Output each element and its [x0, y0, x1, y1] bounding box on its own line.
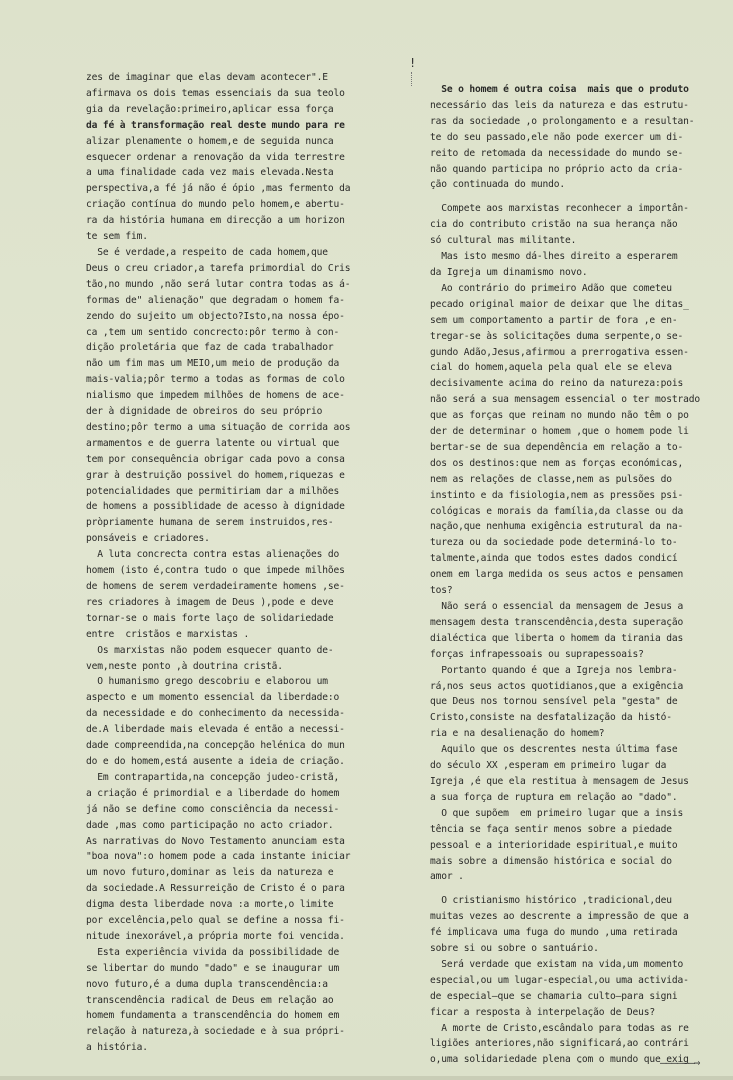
text-line: ção continuada do mundo.	[430, 177, 728, 193]
text-line: tem por consequência obrigar cada povo a…	[86, 452, 396, 468]
page-bottom-edge	[0, 1076, 733, 1080]
text-line: ra da história humana em direcção a um h…	[86, 213, 396, 229]
text-line: ca ,tem um sentido concrecto:pôr termo à…	[86, 325, 396, 341]
text-line: dade ,mas como participação no acto cria…	[86, 818, 396, 834]
text-line: não será a sua mensagem essencial o ter …	[430, 392, 728, 408]
text-line: por excelência,pelo qual se define a nos…	[86, 913, 396, 929]
text-line: potencialidades que permitiriam dar a mi…	[86, 484, 396, 500]
text-line: a sua força de ruptura em relação ao "da…	[430, 790, 728, 806]
text-line: tos?	[430, 583, 728, 599]
text-line: relação à natureza,à sociedade e à sua p…	[86, 1024, 396, 1040]
text-line: O que supõem em primeiro lugar que a ins…	[430, 806, 728, 822]
text-line: rá,nos seus actos quotidianos,que a exig…	[430, 679, 728, 695]
text-line: Aquilo que os descrentes nesta última fa…	[430, 742, 728, 758]
text-line: aspecto e um momento essencial da liberd…	[86, 690, 396, 706]
text-line: que Deus nos tornou sensível pela "gesta…	[430, 694, 728, 710]
continuation-arrow-icon: ——————⇒	[660, 1056, 699, 1069]
text-line: Em contrapartida,na concepção judeo-cris…	[86, 770, 396, 786]
text-line: zes de imaginar que elas devam acontecer…	[86, 70, 396, 86]
text-line: ria e na desalienação do homem?	[430, 726, 728, 742]
text-line: A luta concrecta contra estas alienações…	[86, 547, 396, 563]
text-line: tão,no mundo ,não será lutar contra toda…	[86, 277, 396, 293]
text-line: especial,ou um lugar-especial,ou uma act…	[430, 973, 728, 989]
text-line: a uma finalidade cada vez mais elevada.N…	[86, 165, 396, 181]
text-line: onem em larga medida os seus actos e pen…	[430, 567, 728, 583]
text-line: Os marxistas não podem esquecer quanto d…	[86, 643, 396, 659]
text-line: Mas isto mesmo dá-lhes direito a esperar…	[430, 249, 728, 265]
text-line: dade compreendida,na concepção helénica …	[86, 738, 396, 754]
text-line: não quando participa no próprio acto da …	[430, 162, 728, 178]
text-line: reito de retomada da necessidade do mund…	[430, 146, 728, 162]
text-line: não um fim mas um MEIO,um meio de produç…	[86, 356, 396, 372]
left-column-text: zes de imaginar que elas devam acontecer…	[86, 70, 396, 1056]
text-line: do e do homem,está ausente a ideia de cr…	[86, 754, 396, 770]
text-line: tureza ou da sociedade pode determiná-lo…	[430, 535, 728, 551]
text-line: tornar-se o mais forte laço de solidarie…	[86, 611, 396, 627]
text-line: ligiões anteriores,não significará,ao co…	[430, 1036, 728, 1052]
text-line: esquecer ordenar a renovação da vida ter…	[86, 150, 396, 166]
text-line: Deus o creu criador,a tarefa primordial …	[86, 261, 396, 277]
text-line: criação contínua do mundo pelo homem,e a…	[86, 197, 396, 213]
text-line: destino;pôr termo a uma situação de corr…	[86, 420, 396, 436]
text-line: gundo Adão,Jesus,afirmou a prerrogativa …	[430, 345, 728, 361]
text-line: muitas vezes ao descrente a impressão de…	[430, 909, 728, 925]
text-line: talmente,ainda que todos estes dados con…	[430, 551, 728, 567]
text-line: mensagem desta transcendência,desta supe…	[430, 615, 728, 631]
text-line: transcendência radical de Deus em relaçã…	[86, 993, 396, 1009]
text-line: der de determinar o homem ,que o homem p…	[430, 424, 728, 440]
text-line: dos os destinos:que nem as forças económ…	[430, 456, 728, 472]
text-line: amor .	[430, 869, 728, 885]
text-line: A morte de Cristo,escândalo para todas a…	[430, 1021, 728, 1037]
text-line: da fé à transformação real deste mundo p…	[86, 118, 396, 134]
text-line: se libertar do mundo "dado" e se inaugur…	[86, 961, 396, 977]
text-line: afirmava os dois temas essenciais da sua…	[86, 86, 396, 102]
text-line: da Igreja um dinamismo novo.	[430, 265, 728, 281]
text-line: As narrativas do Novo Testamento anuncia…	[86, 834, 396, 850]
text-line: fé implicava uma fuga do mundo ,uma reti…	[430, 925, 728, 941]
dash-mark: -	[577, 1057, 583, 1068]
text-line: Esta experiência vivida da possibilidade…	[86, 945, 396, 961]
text-line: grar à destruição possivel do homem,riqu…	[86, 468, 396, 484]
text-line: a história.	[86, 1040, 396, 1056]
text-line: pessoal e a interioridade espiritual,e m…	[430, 838, 728, 854]
column-divider-dots	[411, 72, 413, 86]
text-line	[430, 885, 728, 893]
text-line: pecado original maior de deixar que lhe …	[430, 297, 728, 313]
text-line: ficar a resposta à interpelação de Deus?	[430, 1005, 728, 1021]
text-line	[430, 193, 728, 201]
text-line: nialismo que impedem milhões de homens d…	[86, 388, 396, 404]
text-line: novo futuro,é a duma dupla transcendênci…	[86, 977, 396, 993]
text-line: digma desta liberdade nova :a morte,o li…	[86, 897, 396, 913]
text-line: tência se faça sentir menos sobre a pied…	[430, 822, 728, 838]
text-line: entre cristãos e marxistas .	[86, 627, 396, 643]
text-line: bertar-se de sua dependência em relação …	[430, 440, 728, 456]
text-line: vem,neste ponto ,à doutrina cristã.	[86, 659, 396, 675]
text-line: dição proletária que faz de cada trabalh…	[86, 340, 396, 356]
text-line: Não será o essencial da mensagem de Jesu…	[430, 599, 728, 615]
text-line: formas de" alienação" que degradam o hom…	[86, 293, 396, 309]
text-line: homem (isto é,contra tudo o que impede m…	[86, 563, 396, 579]
text-line: da necessidade e do conhecimento da nece…	[86, 706, 396, 722]
text-line: de homens a possiblidade de acesso à dig…	[86, 499, 396, 515]
text-line: alizar plenamente o homem,e de seguida n…	[86, 134, 396, 150]
text-line: Igreja ,é que ela restitua à mensagem de…	[430, 774, 728, 790]
text-line: já não se define como consciência da nec…	[86, 802, 396, 818]
text-line: mais sobre a dimensão histórica e social…	[430, 854, 728, 870]
text-line: nação,que nenhuma exigência estrutural d…	[430, 519, 728, 535]
text-line: nem as relações de classe,nem as pulsões…	[430, 472, 728, 488]
text-line: pròpriamente humana de serem instruidos,…	[86, 515, 396, 531]
text-line: decisivamente acima do reino da natureza…	[430, 376, 728, 392]
text-line: res criadores à imagem de Deus ),pode e …	[86, 595, 396, 611]
text-line: armamentos e de guerra latente ou virtua…	[86, 436, 396, 452]
text-line: Compete aos marxistas reconhecer a impor…	[430, 201, 728, 217]
text-line: necessário das leis da natureza e das es…	[430, 98, 728, 114]
text-line: de.A liberdade mais elevada é então a ne…	[86, 722, 396, 738]
text-line: gia da revelação:primeiro,aplicar essa f…	[86, 102, 396, 118]
text-line: do século XX ,esperam em primeiro lugar …	[430, 758, 728, 774]
text-line: sobre si ou sobre o santuário.	[430, 941, 728, 957]
text-line: a criação é primordial e a liberdade do …	[86, 786, 396, 802]
text-line: nitude inexorável,a própria morte foi ve…	[86, 929, 396, 945]
text-line: mais-valia;pôr termo a todas as formas d…	[86, 372, 396, 388]
text-line: da sociedade.A Ressurreição de Cristo é …	[86, 881, 396, 897]
text-line: cial do homem,aquela pela qual ele se el…	[430, 360, 728, 376]
right-column-text: Se o homem é outra coisa mais que o prod…	[430, 82, 728, 1068]
text-line: "boa nova":o homem pode a cada instante …	[86, 849, 396, 865]
text-line: ras da sociedade ,o prolongamento e a re…	[430, 114, 728, 130]
text-line: Cristo,consiste na desfatalização da his…	[430, 710, 728, 726]
text-line: cia do contributo cristão na sua herança…	[430, 217, 728, 233]
text-line: Portanto quando é que a Igreja nos lembr…	[430, 663, 728, 679]
text-line: sem um comportamento a partir de fora ,e…	[430, 313, 728, 329]
text-line: te sem fim.	[86, 229, 396, 245]
text-line: ponsáveis e criadores.	[86, 531, 396, 547]
text-line: perspectiva,a fé já não é ópio ,mas ferm…	[86, 181, 396, 197]
text-line: de homens de serem verdadeiramente homen…	[86, 579, 396, 595]
text-line: que as forças que reinam no mundo não tê…	[430, 408, 728, 424]
text-line: homem fundamenta a transcendência do hom…	[86, 1008, 396, 1024]
text-line: dialéctica que liberta o homem da tirani…	[430, 631, 728, 647]
text-line: um novo futuro,dominar as leis da nature…	[86, 865, 396, 881]
text-line: Se o homem é outra coisa mais que o prod…	[430, 82, 728, 98]
text-line: instinto e da fisiologia,nem as pressões…	[430, 488, 728, 504]
text-line: Será verdade que existam na vida,um mome…	[430, 957, 728, 973]
column-marker: !	[409, 58, 416, 68]
text-line: cológicas e morais da família,da classe …	[430, 504, 728, 520]
text-line: tregar-se às solicitações duma serpente,…	[430, 329, 728, 345]
typewritten-page: ! zes de imaginar que elas devam acontec…	[0, 0, 733, 1080]
text-line: te do seu passado,ele não pode exercer u…	[430, 130, 728, 146]
text-line: de especial—que se chamaria culto—para s…	[430, 989, 728, 1005]
text-line: Ao contrário do primeiro Adão que comete…	[430, 281, 728, 297]
text-line: O humanismo grego descobriu e elaborou u…	[86, 674, 396, 690]
text-line: forças infrapessoais ou suprapessoais?	[430, 647, 728, 663]
text-line: O cristianismo histórico ,tradicional,de…	[430, 893, 728, 909]
text-line: zendo do sujeito um objecto?Isto,na noss…	[86, 309, 396, 325]
text-line: der à dignidade de obreiros do seu própr…	[86, 404, 396, 420]
text-line: Se é verdade,a respeito de cada homem,qu…	[86, 245, 396, 261]
text-line: só cultural mas militante.	[430, 233, 728, 249]
